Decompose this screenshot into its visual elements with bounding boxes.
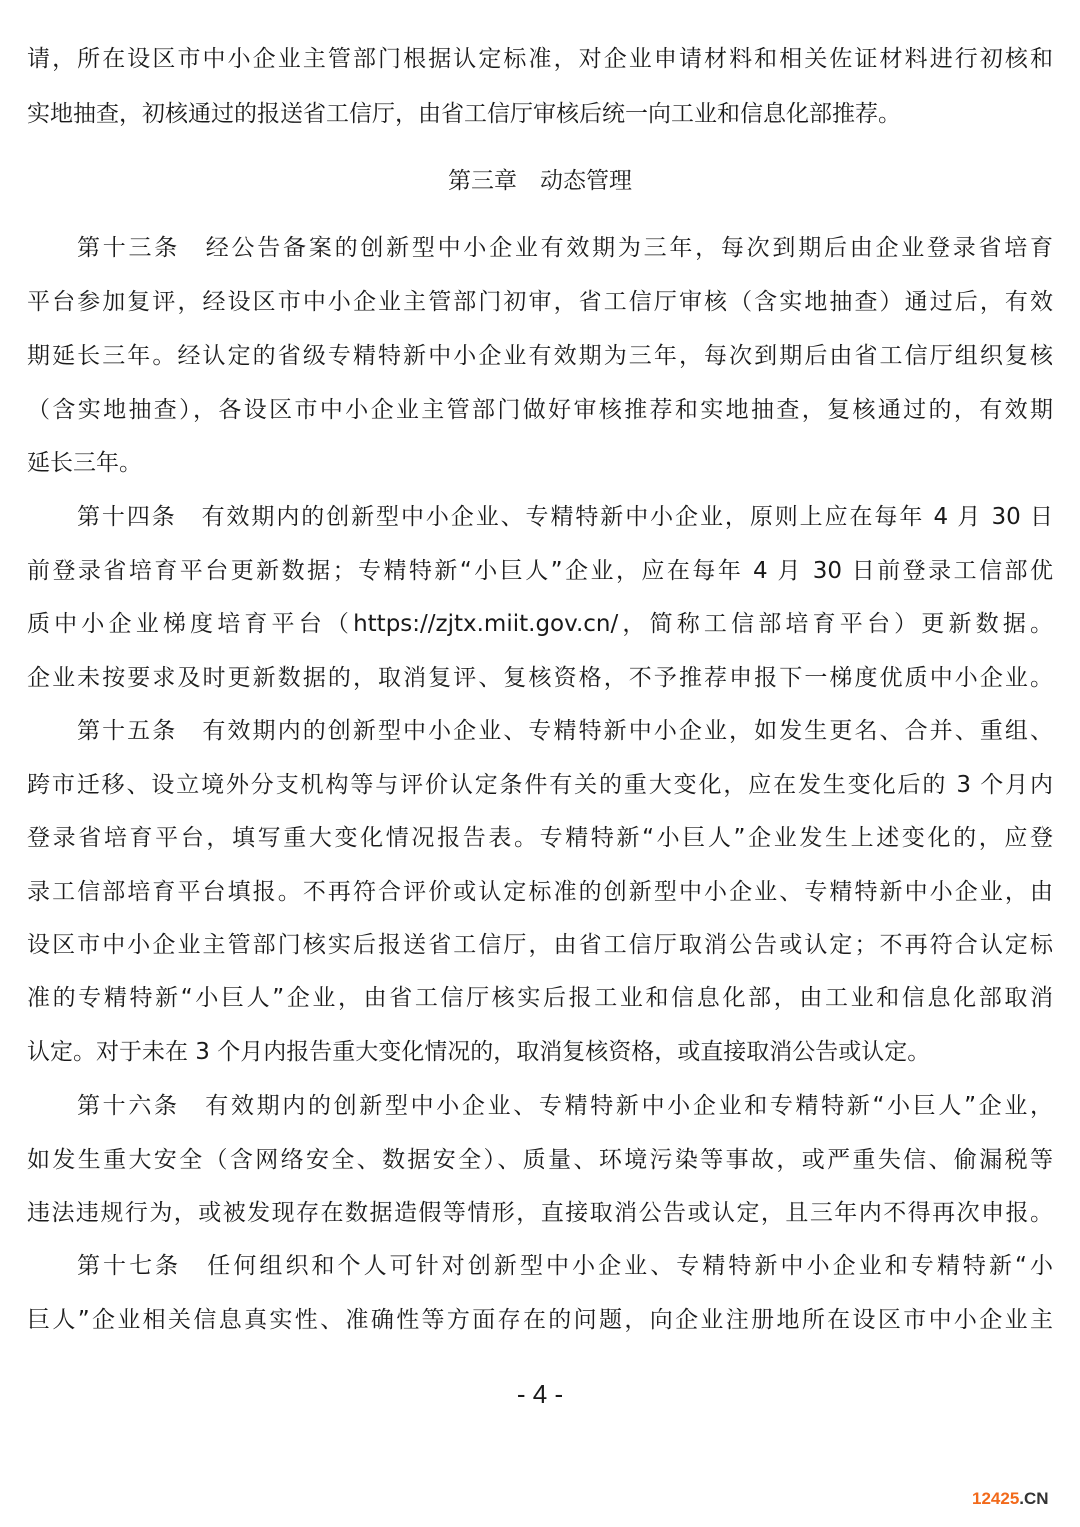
body-text-line: 违法违规行为，或被发现存在数据造假等情形，直接取消公告或认定，且三年内不得再次申… bbox=[27, 1193, 1053, 1233]
article-first-line: 第十四条 有效期内的创新型中小企业、专精特新中小企业，原则上应在每年 4 月 3… bbox=[77, 497, 1053, 537]
body-text-line: 如发生重大安全（含网络安全、数据安全）、质量、环境污染等事故，或严重失信、偷漏税… bbox=[27, 1140, 1053, 1180]
body-text-line: 认定。对于未在 3 个月内报告重大变化情况的，取消复核资格，或直接取消公告或认定… bbox=[27, 1032, 1053, 1072]
article-first-line: 第十三条 经公告备案的创新型中小企业有效期为三年，每次到期后由企业登录省培育 bbox=[77, 228, 1053, 268]
body-text-line: 录工信部培育平台填报。不再符合评价或认定标准的创新型中小企业、专精特新中小企业，… bbox=[27, 872, 1053, 912]
chapter-heading: 第三章 动态管理 bbox=[0, 161, 1080, 201]
body-text-line: 准的专精特新“小巨人”企业，由省工信厅核实后报工业和信息化部，由工业和信息化部取… bbox=[27, 978, 1053, 1018]
article-first-line: 第十七条 任何组织和个人可针对创新型中小企业、专精特新中小企业和专精特新“小 bbox=[77, 1246, 1053, 1286]
body-text-line: 跨市迁移、设立境外分支机构等与评价认定条件有关的重大变化，应在发生变化后的 3 … bbox=[27, 765, 1053, 805]
watermark-tld: .CN bbox=[1019, 1489, 1048, 1508]
body-text-line: 平台参加复评，经设区市中小企业主管部门初审，省工信厅审核（含实地抽查）通过后，有… bbox=[27, 282, 1053, 322]
body-text-line: 期延长三年。经认定的省级专精特新中小企业有效期为三年，每次到期后由省工信厅组织复… bbox=[27, 336, 1053, 376]
page-number: - 4 - bbox=[0, 1374, 1080, 1414]
site-watermark: 12425.CN bbox=[972, 1488, 1049, 1510]
body-text-line: 质中小企业梯度培育平台（https://zjtx.miit.gov.cn/，简称… bbox=[27, 604, 1053, 644]
body-text-line: 企业未按要求及时更新数据的，取消复评、复核资格，不予推荐申报下一梯度优质中小企业… bbox=[27, 658, 1053, 698]
body-text-line: 延长三年。 bbox=[27, 443, 1053, 483]
article-first-line: 第十六条 有效期内的创新型中小企业、专精特新中小企业和专精特新“小巨人”企业， bbox=[77, 1086, 1053, 1126]
body-text-line: （含实地抽查），各设区市中小企业主管部门做好审核推荐和实地抽查，复核通过的，有效… bbox=[27, 390, 1053, 430]
article-first-line: 第十五条 有效期内的创新型中小企业、专精特新中小企业，如发生更名、合并、重组、 bbox=[77, 711, 1053, 751]
body-text-line: 请，所在设区市中小企业主管部门根据认定标准，对企业申请材料和相关佐证材料进行初核… bbox=[27, 39, 1053, 79]
body-text-line: 巨人”企业相关信息真实性、准确性等方面存在的问题，向企业注册地所在设区市中小企业… bbox=[27, 1300, 1053, 1340]
watermark-number: 12425 bbox=[972, 1489, 1019, 1508]
body-text-line: 设区市中小企业主管部门核实后报送省工信厅，由省工信厅取消公告或认定；不再符合认定… bbox=[27, 925, 1053, 965]
document-page: 请，所在设区市中小企业主管部门根据认定标准，对企业申请材料和相关佐证材料进行初核… bbox=[0, 0, 1080, 1527]
body-text-line: 前登录省培育平台更新数据；专精特新“小巨人”企业，应在每年 4 月 30 日前登… bbox=[27, 551, 1053, 591]
body-text-line: 登录省培育平台，填写重大变化情况报告表。专精特新“小巨人”企业发生上述变化的，应… bbox=[27, 818, 1053, 858]
body-text-line: 实地抽查，初核通过的报送省工信厅，由省工信厅审核后统一向工业和信息化部推荐。 bbox=[27, 94, 1053, 134]
